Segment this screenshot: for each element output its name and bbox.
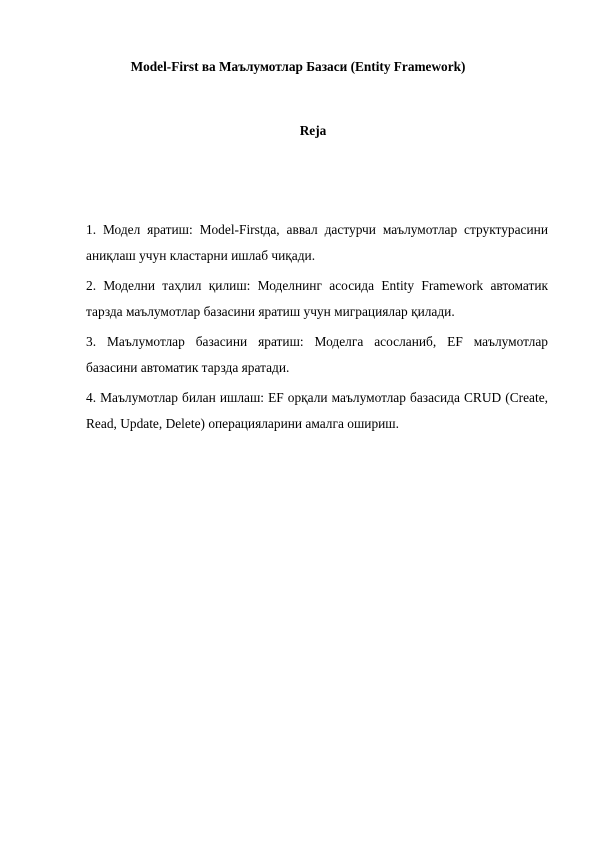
document-title: Model-First ва Маълумотлар Базаси (Entit… bbox=[0, 58, 596, 76]
plan-list: 1. Модел яратиш: Model-Firstда, аввал да… bbox=[86, 217, 548, 441]
document-page: Model-First ва Маълумотлар Базаси (Entit… bbox=[0, 0, 596, 842]
plan-item-1: 1. Модел яратиш: Model-Firstда, аввал да… bbox=[86, 217, 548, 268]
plan-item-2: 2. Моделни таҳлил қилиш: Моделнинг асоси… bbox=[86, 273, 548, 324]
plan-item-4: 4. Маълумотлар билан ишлаш: EF орқали ма… bbox=[86, 385, 548, 436]
plan-item-3: 3. Маълумотлар базасини яратиш: Моделга … bbox=[86, 329, 548, 380]
document-subtitle: Reja bbox=[0, 122, 596, 140]
